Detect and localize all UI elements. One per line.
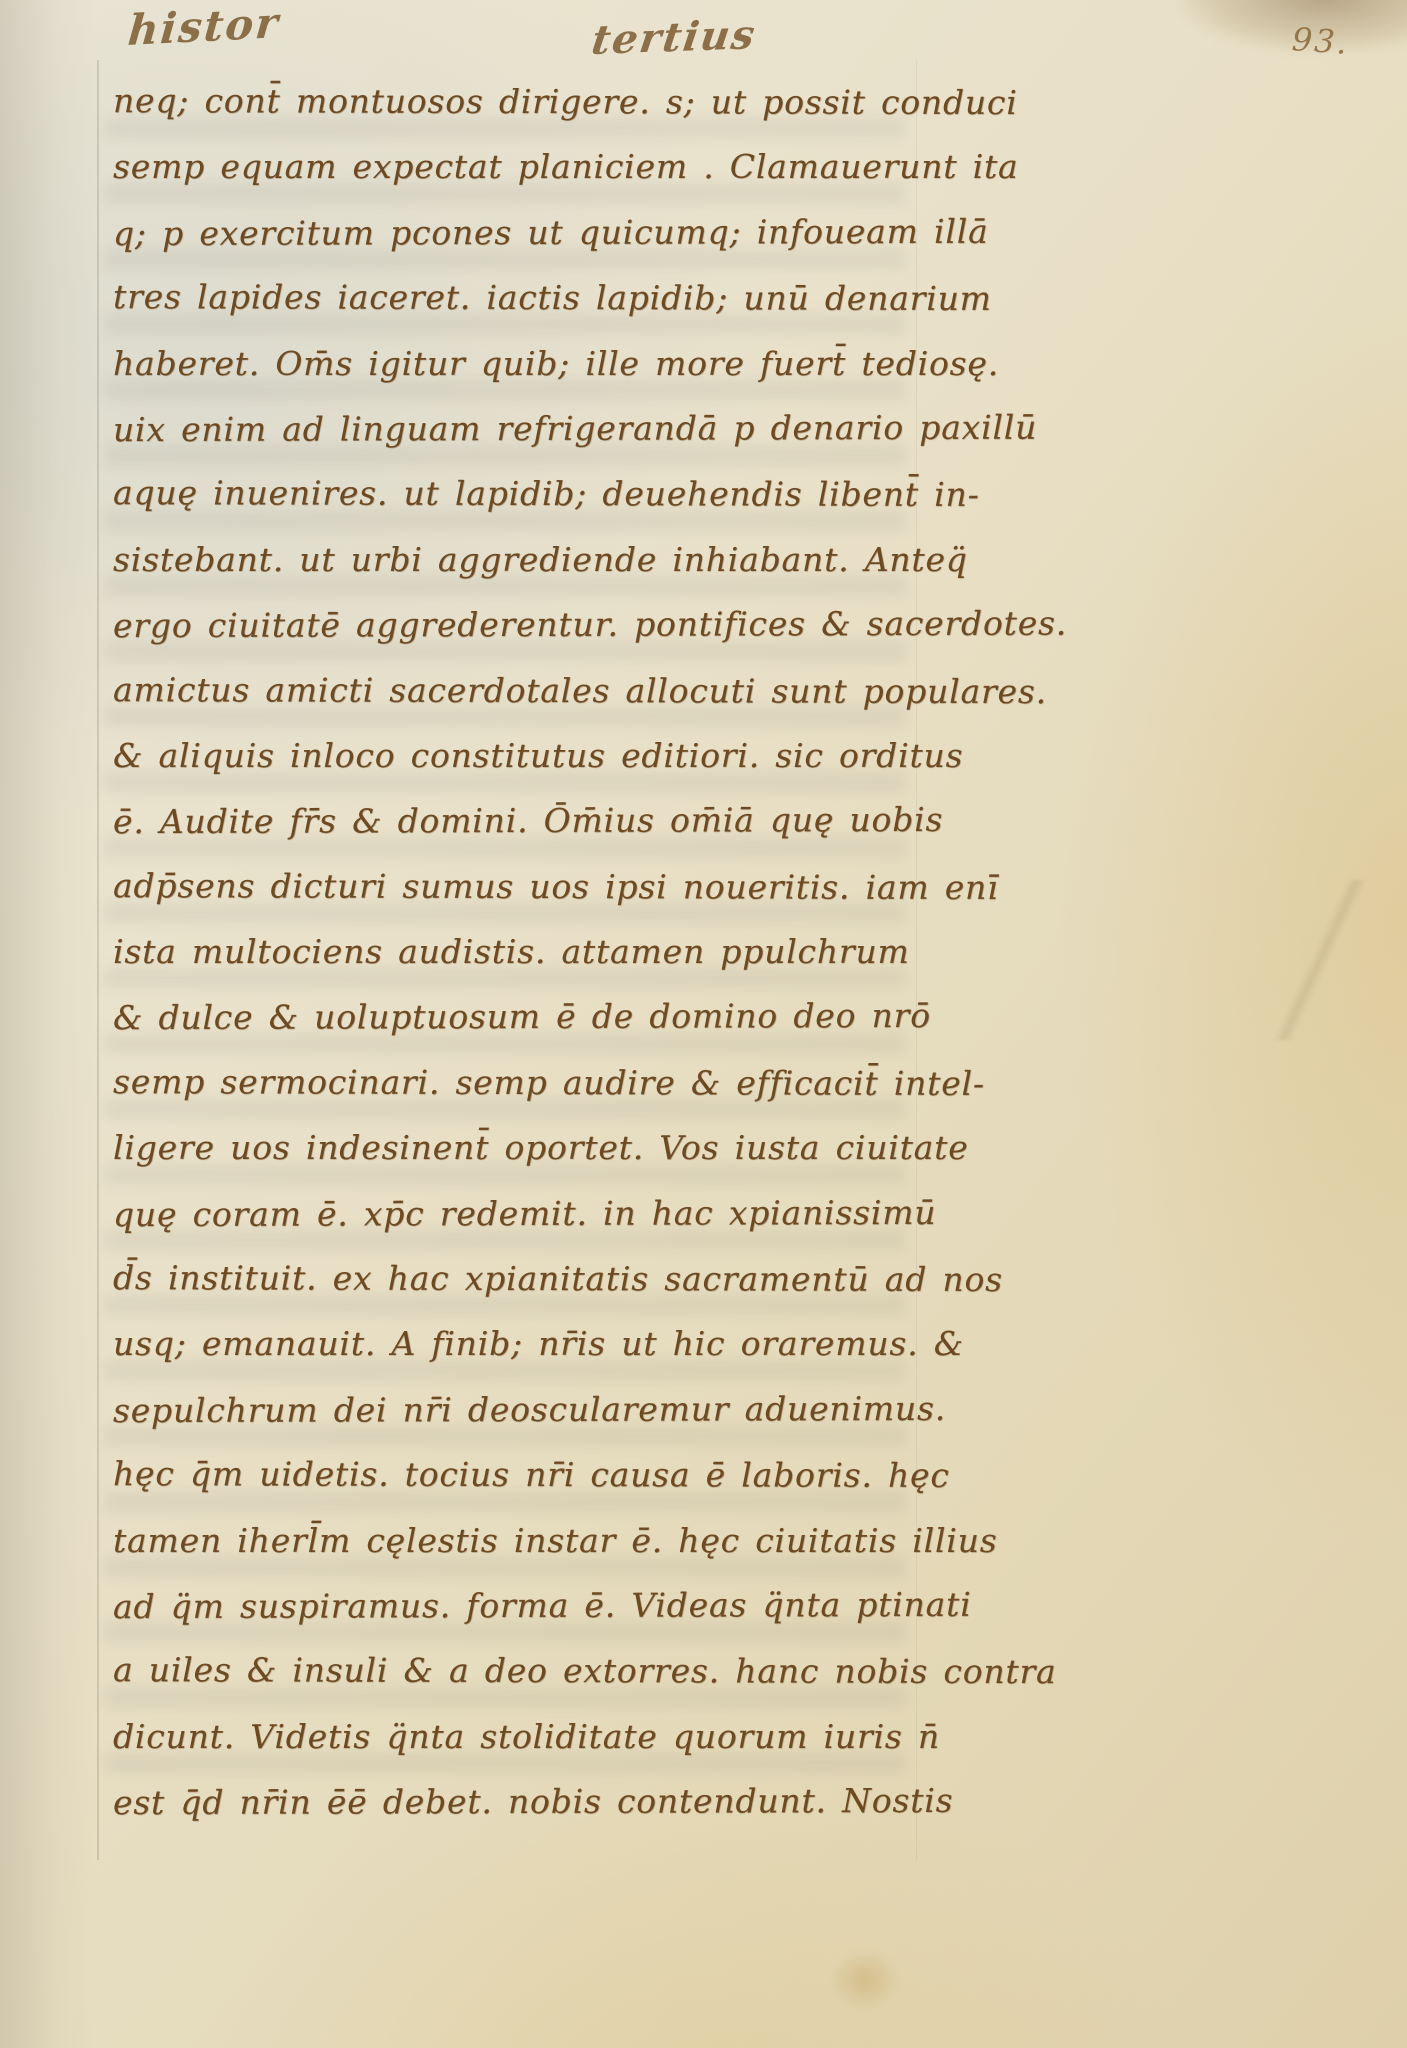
manuscript-line: uix enim ad linguam refrigerandā p denar… [113,408,933,476]
parchment-stain-bottom [830,1950,900,2010]
running-title-center: tertius [589,11,760,64]
manuscript-line: quę coram ē. xp̄c redemit. in hac xpiani… [113,1193,933,1261]
manuscript-line: haberet. Om̄s igitur quib; ille more fue… [113,344,933,409]
manuscript-line: dicunt. Videtis q̈nta stoliditate quorum… [113,1717,933,1782]
manuscript-line: amictus amicti sacerdotales allocuti sun… [113,670,933,737]
manuscript-line: a uiles & insuli & a deo extorres. hanc … [113,1651,933,1718]
text-block: neq; cont̄ montuosos dirigere. s; ut pos… [113,82,933,1848]
manuscript-line: & dulce & uoluptuosum ē de domino deo nr… [113,996,933,1064]
manuscript-line: ergo ciuitatē aggrederentur. pontifices … [113,604,933,672]
manuscript-line: hęc q̄m uidetis. tocius nr̄i causa ē lab… [113,1454,933,1521]
manuscript-line: q; p exercitum pcones ut quicumq; infoue… [113,212,933,280]
manuscript-line: ē. Audite fr̄s & domini. Ōm̄ius om̄iā qu… [113,800,933,868]
manuscript-line: adp̄sens dicturi sumus uos ipsi noueriti… [113,866,933,933]
parchment-crease [1230,880,1407,1040]
manuscript-line: ligere uos indesinent̄ oportet. Vos iust… [113,1128,933,1193]
manuscript-line: semp equam expectat planiciem . Clamauer… [113,147,933,212]
manuscript-line: & aliquis inloco constitutus editiori. s… [113,736,933,801]
manuscript-line: usq; emanauit. A finib; nr̄is ut hic ora… [113,1324,933,1389]
manuscript-line: est q̄d nr̄in ēē debet. nobis contendunt… [113,1781,933,1849]
running-title-left: histor [126,0,282,55]
gutter-shadow [0,0,95,2048]
margin-ruling-left [97,60,99,1860]
manuscript-line: tamen iherl̄m cęlestis instar ē. hęc ciu… [113,1521,933,1586]
manuscript-page: histor tertius 93. neq; cont̄ montuosos … [0,0,1407,2048]
manuscript-line: sistebant. ut urbi aggrediende inhiabant… [113,540,933,605]
manuscript-line: aquę inuenires. ut lapidib; deuehendis l… [113,473,933,540]
manuscript-line: sepulchrum dei nr̄i deoscularemur adueni… [113,1389,933,1457]
manuscript-line: semp sermocinari. semp audire & efficaci… [113,1062,933,1129]
manuscript-line: ista multociens audistis. attamen ppulch… [113,932,933,997]
manuscript-line: neq; cont̄ montuosos dirigere. s; ut pos… [113,81,933,148]
manuscript-line: d̄s instituit. ex hac xpianitatis sacram… [113,1258,933,1325]
manuscript-line: tres lapides iaceret. iactis lapidib; un… [113,277,933,344]
folio-number: 93. [1291,20,1350,62]
manuscript-line: ad q̈m suspiramus. forma ē. Videas q̈nta… [113,1585,933,1653]
